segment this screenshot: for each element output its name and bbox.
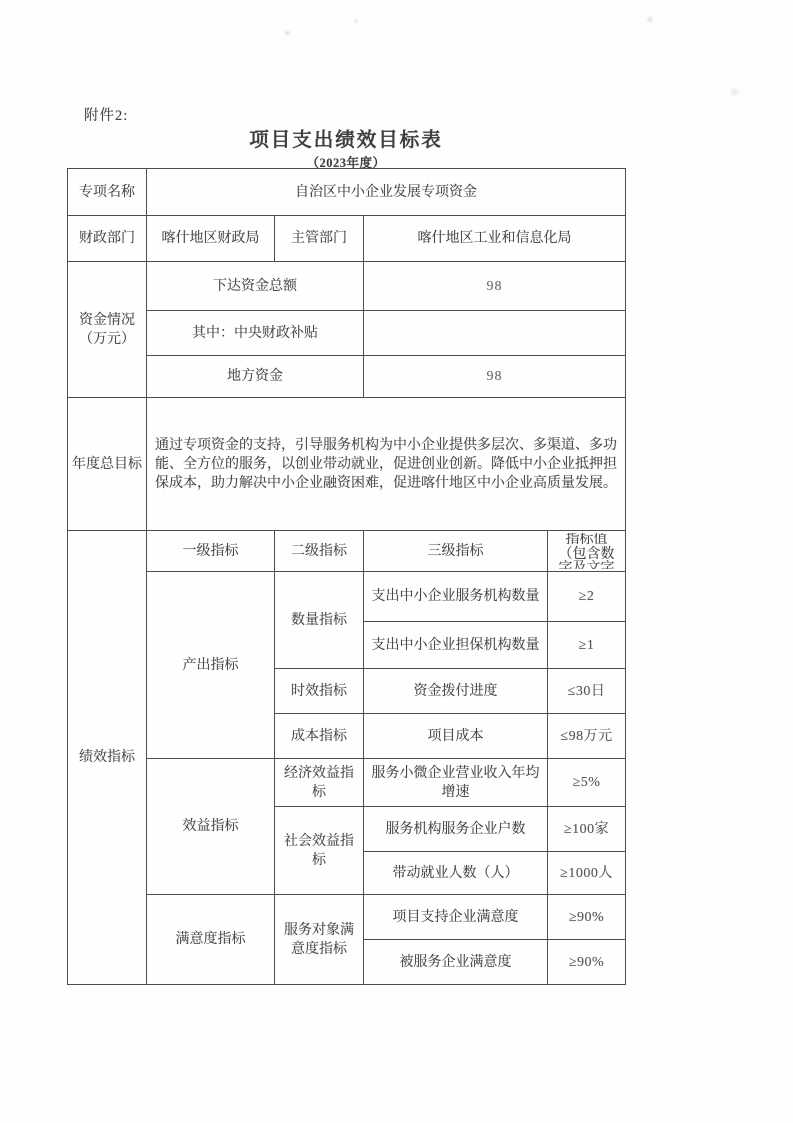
funding-total-label: 下达资金总额 [147,262,364,311]
subgroup-timeliness-label: 时效指标 [275,669,364,714]
row-departments: 财政部门 喀什地区财政局 主管部门 喀什地区工业和信息化局 [68,216,626,262]
subgroup-service-object-label: 服务对象满意度指标 [275,895,364,985]
row-benefit-economic: 效益指标 经济效益指标 服务小微企业营业收入年均增速 ≥5% [68,759,626,807]
funding-central-label: 其中：中央财政补贴 [147,311,364,356]
value-served-enterprises: ≥100家 [548,807,626,852]
subgroup-quantity-label: 数量指标 [275,572,364,669]
manager-dept-value: 喀什地区工业和信息化局 [364,216,626,262]
row-funding-central: 其中：中央财政补贴 [68,311,626,356]
subgroup-social-label: 社会效益指标 [275,807,364,895]
scan-artifact [283,30,292,36]
value-service-orgs: ≥2 [548,572,626,622]
row-annual-goal: 年度总目标 通过专项资金的支持，引导服务机构为中小企业提供多层次、多渠道、多功能… [68,398,626,531]
indicator-project-cost: 项目成本 [364,714,548,759]
indicator-employment: 带动就业人数（人） [364,852,548,895]
funding-local-value: 98 [364,356,626,398]
indicator-served-satisfaction: 被服务企业满意度 [364,940,548,985]
header-indicator-value: 指标值（包含数字及文字 [548,531,626,572]
value-served-satisfaction: ≥90% [548,940,626,985]
indicator-revenue-growth: 服务小微企业营业收入年均增速 [364,759,548,807]
group-output-label: 产出指标 [147,572,275,759]
row-indicator-headers: 绩效指标 一级指标 二级指标 三级指标 指标值（包含数字及文字 [68,531,626,572]
manager-dept-label: 主管部门 [275,216,364,262]
value-project-cost: ≤98万元 [548,714,626,759]
funding-central-value [364,311,626,356]
scan-artifact [727,88,742,96]
subgroup-cost-label: 成本指标 [275,714,364,759]
subgroup-economic-label: 经济效益指标 [275,759,364,807]
header-level2: 二级指标 [275,531,364,572]
header-level3: 三级指标 [364,531,548,572]
funding-local-label: 地方资金 [147,356,364,398]
row-funding-total: 资金情况 （万元） 下达资金总额 98 [68,262,626,311]
funding-section-label: 资金情况 （万元） [68,262,147,398]
annual-goal-label: 年度总目标 [68,398,147,531]
header-indicator-value-text: 指标值（包含数字及文字 [552,533,621,569]
scan-artifact [352,18,360,24]
performance-target-table: 专项名称 自治区中小企业发展专项资金 财政部门 喀什地区财政局 主管部门 喀什地… [67,168,626,985]
funding-total-value: 98 [364,262,626,311]
annual-goal-text: 通过专项资金的支持，引导服务机构为中小企业提供多层次、多渠道、多功能、全方位的服… [147,398,626,531]
document-page: 附件2: 项目支出绩效目标表 （2023年度） 专项名称 自治区中小企业发展专项… [0,0,793,1123]
indicator-supported-satisfaction: 项目支持企业满意度 [364,895,548,940]
row-output-quantity-1: 产出指标 数量指标 支出中小企业服务机构数量 ≥2 [68,572,626,622]
group-satisfaction-label: 满意度指标 [147,895,275,985]
value-guarantee-orgs: ≥1 [548,622,626,669]
indicator-fund-disbursement: 资金拨付进度 [364,669,548,714]
value-fund-disbursement: ≤30日 [548,669,626,714]
page-title: 项目支出绩效目标表 [67,124,625,152]
header-level1: 一级指标 [147,531,275,572]
finance-dept-value: 喀什地区财政局 [147,216,275,262]
row-satisfaction-1: 满意度指标 服务对象满意度指标 项目支持企业满意度 ≥90% [68,895,626,940]
value-employment: ≥1000人 [548,852,626,895]
indicator-guarantee-orgs: 支出中小企业担保机构数量 [364,622,548,669]
finance-dept-label: 财政部门 [68,216,147,262]
value-supported-satisfaction: ≥90% [548,895,626,940]
value-revenue-growth: ≥5% [548,759,626,807]
attachment-label: 附件2: [84,104,128,125]
group-benefit-label: 效益指标 [147,759,275,895]
scan-artifact [645,16,655,23]
special-name-label: 专项名称 [68,169,147,216]
indicator-service-orgs: 支出中小企业服务机构数量 [364,572,548,622]
row-special-name: 专项名称 自治区中小企业发展专项资金 [68,169,626,216]
indicators-section-label: 绩效指标 [68,531,147,985]
row-funding-local: 地方资金 98 [68,356,626,398]
indicator-served-enterprises: 服务机构服务企业户数 [364,807,548,852]
special-name-value: 自治区中小企业发展专项资金 [147,169,626,216]
